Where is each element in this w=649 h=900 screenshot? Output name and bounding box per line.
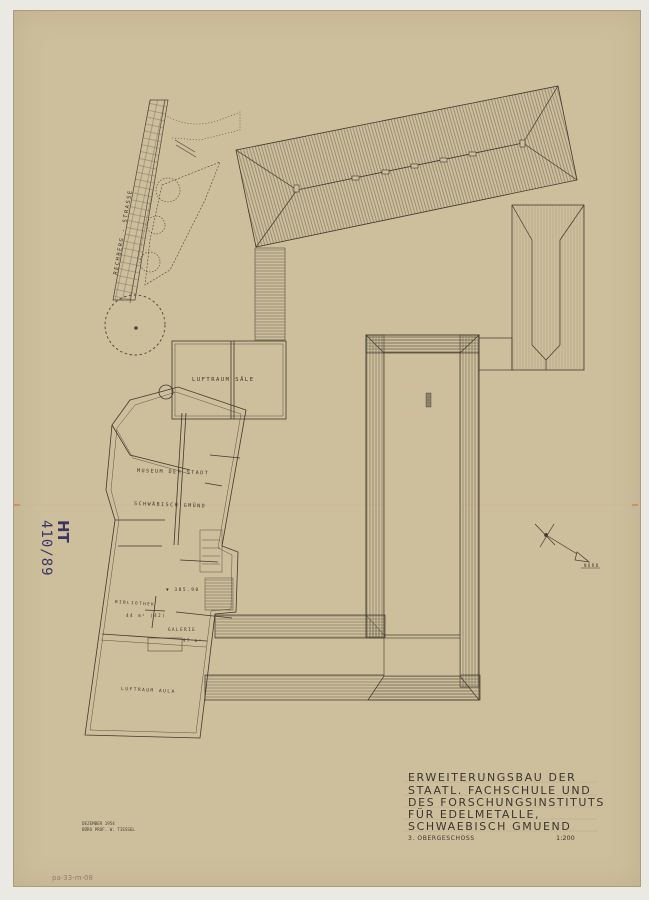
room-label-bibliothek: BIBLIOTHEK — [115, 599, 155, 607]
room-label-museum-line1: MUSEUM DER STADT — [137, 468, 209, 477]
room-label-luftraum-aula: LUFTRAUM AULA — [121, 686, 176, 695]
svg-text:DEZEMBER 1954: DEZEMBER 1954 — [82, 821, 115, 826]
connector-stairs — [255, 248, 285, 340]
level-marker: ▼ 385.90 — [166, 587, 200, 593]
svg-text:410/89: 410/89 — [38, 520, 54, 577]
room-label-luftraum-saele: LUFTRAUM SÄLE — [192, 376, 255, 383]
room-area-bibliothek: 44 m² (42) — [126, 613, 166, 618]
svg-text:HT: HT — [54, 520, 72, 544]
title-block: ERWEITERUNGSBAU DER STAATL. FACHSCHULE U… — [405, 771, 605, 842]
pencil-inventory-number: pa-33-m-08 — [52, 874, 93, 882]
room-area-galerie: 97 m² — [183, 638, 203, 643]
date-note: DEZEMBER 1954 BÜRO PROF. W. TIESSEL — [82, 821, 135, 832]
roof-courtyard-wing — [205, 335, 480, 700]
svg-text:BÜRO PROF. W. TIESSEL: BÜRO PROF. W. TIESSEL — [82, 827, 135, 832]
scale-label: 1:200 — [556, 834, 575, 842]
room-label-galerie: GALERIE — [168, 627, 196, 632]
archive-stamp: HT 410/89 — [38, 520, 72, 577]
room-label-museum-line2: SCHWÄBISCH GMÜND — [134, 500, 206, 510]
title-line-1: ERWEITERUNGSBAU DER — [408, 771, 576, 784]
roof-east-wing — [479, 205, 584, 370]
street-sidewalk — [113, 100, 168, 303]
north-arrow-icon — [535, 524, 600, 568]
north-label: NORD — [584, 563, 600, 568]
floor-plan-drawing: RECHBERG - STRASSE — [0, 0, 649, 900]
title-line-5: SCHWAEBISCH GMUEND — [408, 820, 571, 833]
floor-label: 3. OBERGESCHOSS — [408, 835, 475, 842]
